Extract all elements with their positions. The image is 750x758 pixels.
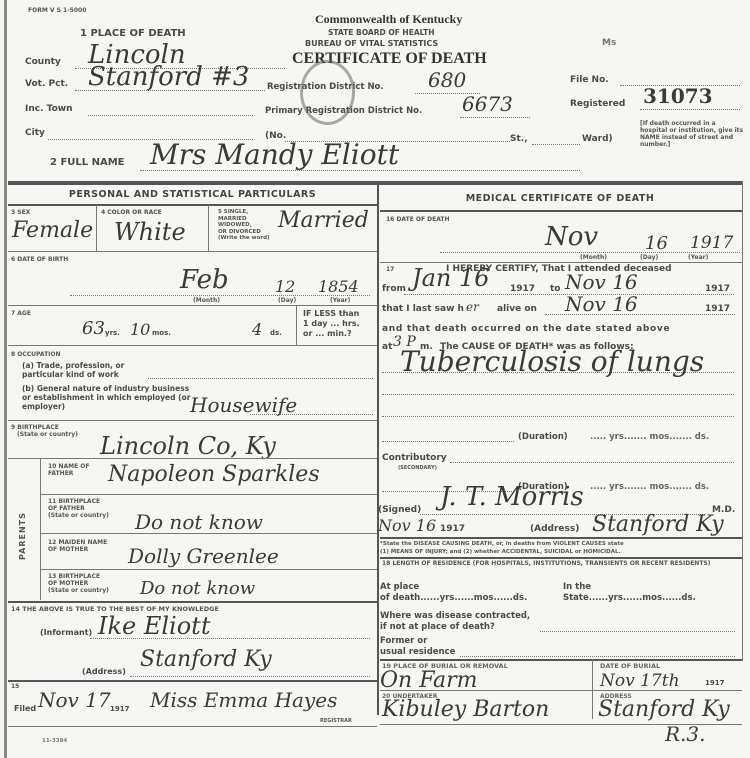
- mother-birthplace-value: Do not know: [140, 578, 255, 599]
- hospital-note: [If death occurred in a hospital or inst…: [640, 120, 745, 148]
- footer-code: 11-3384: [42, 738, 67, 745]
- occupation-a-label: (a) Trade, profession, or particular kin…: [22, 361, 162, 379]
- birthplace-value: Lincoln Co, Ky: [100, 432, 276, 460]
- burial-date-label: DATE OF BURIAL: [600, 663, 660, 670]
- ward-label: Ward): [582, 134, 613, 144]
- date-of-death-label: 16 DATE OF DEATH: [386, 216, 450, 223]
- vot-pct-label: Vot. Pct.: [25, 79, 68, 89]
- county-label: County: [25, 57, 61, 67]
- physician-address-value: Stanford Ky: [592, 512, 724, 537]
- occupation-value: Housewife: [190, 393, 297, 417]
- year-caption: (Year): [330, 297, 350, 304]
- father-birthplace-label: 11 BIRTHPLACE OF FATHER (State or countr…: [48, 498, 109, 519]
- place-of-death-label: 1 PLACE OF DEATH: [80, 28, 186, 39]
- file-no-label: File No.: [570, 75, 609, 85]
- medical-section-title: MEDICAL CERTIFICATE OF DEATH: [380, 193, 740, 204]
- occurred-text: and that death occurred on the date stat…: [382, 324, 670, 334]
- age-years: 63: [82, 318, 105, 339]
- cause-of-death-value: Tuberculosis of lungs: [400, 345, 704, 378]
- signed-year: 1917: [440, 524, 465, 534]
- attended-from-year: 1917: [510, 284, 535, 294]
- date-of-death-day: 16: [645, 233, 668, 254]
- undertaker-address-extra: R.3.: [665, 722, 706, 746]
- date-of-death-year: 1917: [690, 233, 733, 253]
- burial-date-value: Nov 17th: [600, 671, 680, 691]
- corner-mark: Ms: [602, 38, 616, 48]
- attended-from-date: Jan 16: [412, 264, 490, 292]
- birthplace-label: 9 BIRTHPLACE: [11, 424, 59, 431]
- last-saw-date: Nov 16: [565, 292, 638, 316]
- sex-value: Female: [12, 218, 93, 243]
- month-caption: (Month): [193, 297, 220, 304]
- filed-date: Nov 17: [38, 688, 111, 712]
- residence-state: State......yrs......mos......ds.: [563, 593, 696, 603]
- former-residence-label: usual residence: [380, 647, 455, 657]
- father-name-value: Napoleon Sparkles: [108, 462, 320, 487]
- registered-label: Registered: [570, 99, 625, 109]
- sex-label: 3 SEX: [11, 209, 30, 216]
- day-caption: (Day): [278, 297, 296, 304]
- contributory-label: Contributory: [382, 453, 447, 463]
- father-name-label: 10 NAME OF FATHER: [48, 463, 89, 477]
- filed-year: 1917: [110, 705, 129, 713]
- inc-town-label: Inc. Town: [25, 104, 73, 114]
- personal-section-title: PERSONAL AND STATISTICAL PARTICULARS: [10, 189, 375, 200]
- signed-date: Nov 16: [378, 516, 436, 535]
- cause-footnote: *State the DISEASE CAUSING DEATH, or, in…: [380, 540, 624, 556]
- mother-maiden-label: 12 MAIDEN NAME OF MOTHER: [48, 539, 107, 553]
- full-name-value: Mrs Mandy Eliott: [150, 138, 399, 171]
- dob-month: Feb: [180, 265, 229, 295]
- parents-side-label: PARENTS: [18, 512, 27, 560]
- occupation-label: 8 OCCUPATION: [11, 351, 61, 358]
- city-label: City: [25, 128, 45, 138]
- bureau-heading: BUREAU OF VITAL STATISTICS: [305, 39, 438, 48]
- less-than-day-label: IF LESS than 1 day ... hrs. or ... min.?: [303, 309, 360, 339]
- last-saw-year: 1917: [705, 304, 730, 314]
- street-label: St.,: [510, 134, 528, 144]
- undertaker-address-value: Stanford Ky: [598, 697, 730, 722]
- death-certificate: FORM V S 1-5000 Commonwealth of Kentucky…: [0, 0, 750, 758]
- physician-signature: J. T. Morris: [440, 482, 584, 512]
- mother-maiden-value: Dolly Greenlee: [128, 544, 279, 568]
- duration-label: (Duration): [518, 432, 568, 442]
- stamp-mark: [300, 60, 355, 125]
- registrar-label: REGISTRAR: [320, 718, 352, 725]
- age-days: 4: [252, 320, 262, 339]
- age-label: 7 AGE: [11, 310, 31, 317]
- color-value: White: [114, 218, 186, 246]
- filed-label: Filed: [14, 704, 36, 713]
- informant-address-label: (Address): [82, 667, 126, 676]
- date-of-death-month: Nov: [545, 222, 598, 252]
- residence-place: of death......yrs......mos......ds.: [380, 593, 527, 603]
- marital-value: Married: [278, 208, 369, 233]
- registration-district-value: 680: [428, 68, 466, 92]
- attended-to-year: 1917: [705, 284, 730, 294]
- full-name-label: 2 FULL NAME: [50, 157, 125, 168]
- physician-address-label: (Address): [530, 524, 579, 534]
- informant-value: Ike Eliott: [98, 612, 210, 640]
- residence-label: 18 LENGTH OF RESIDENCE (FOR HOSPITALS, I…: [382, 560, 737, 567]
- attended-to-date: Nov 16: [565, 270, 638, 294]
- registered-value: 31073: [643, 84, 713, 108]
- father-birthplace-value: Do not know: [135, 510, 263, 534]
- primary-registration-value: 6673: [462, 92, 513, 116]
- vot-pct-value: Stanford #3: [88, 62, 249, 92]
- scan-edge: [4, 0, 7, 758]
- informant-label: (Informant): [40, 628, 92, 637]
- last-saw-pronoun: er: [466, 300, 479, 314]
- occupation-b-label: (b) General nature of industry business …: [22, 384, 192, 411]
- color-label: 4 COLOR OR RACE: [101, 209, 162, 216]
- signed-label: (Signed): [378, 505, 421, 515]
- state-board-heading: STATE BOARD OF HEALTH: [328, 28, 435, 37]
- birthplace-sublabel: (State or country): [17, 431, 78, 438]
- dob-day: 12: [275, 277, 295, 296]
- dob-label: 6 DATE OF BIRTH: [11, 256, 68, 263]
- age-months: 10: [130, 320, 150, 339]
- registrar-signature: Miss Emma Hayes: [150, 688, 337, 712]
- mother-birthplace-label: 13 BIRTHPLACE OF MOTHER (State or countr…: [48, 573, 109, 594]
- column-divider: [377, 185, 379, 715]
- undertaker-value: Kibuley Barton: [382, 697, 549, 722]
- dob-year: 1854: [318, 277, 359, 296]
- form-number: FORM V S 1-5000: [28, 7, 86, 14]
- informant-address-value: Stanford Ky: [140, 647, 272, 672]
- marital-label: 5 SINGLE, MARRIED WIDOWED, OR DIVORCED (…: [218, 209, 270, 242]
- burial-year: 1917: [705, 679, 724, 687]
- contracted-label: if not at place of death?: [380, 622, 495, 632]
- commonwealth-heading: Commonwealth of Kentucky: [315, 12, 462, 27]
